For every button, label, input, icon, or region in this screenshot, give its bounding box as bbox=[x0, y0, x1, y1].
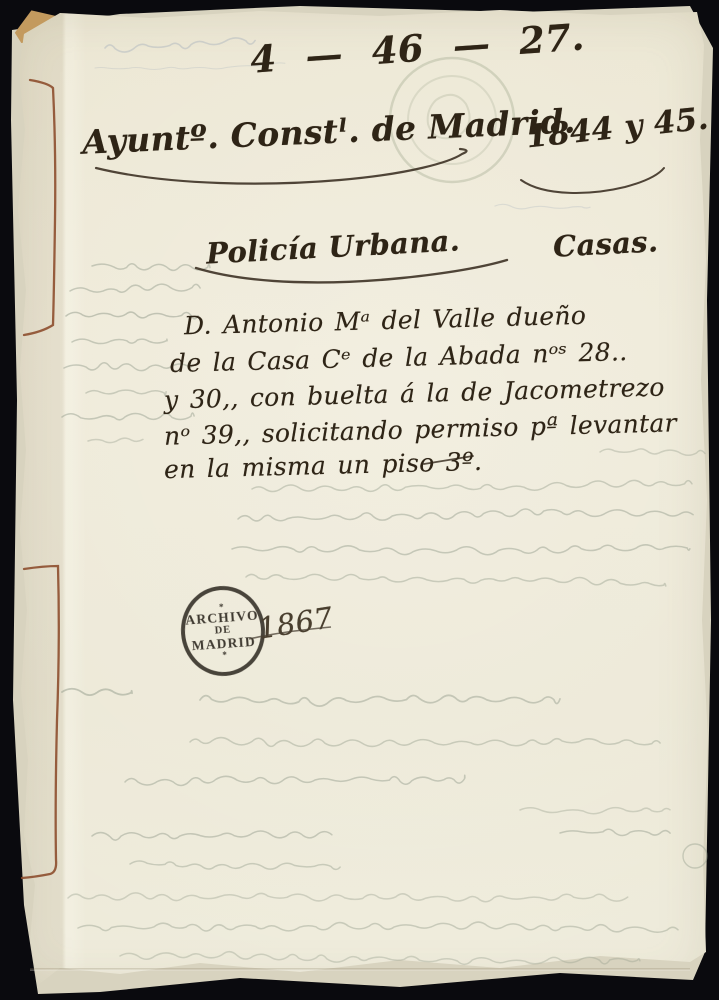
fold-crease bbox=[30, 968, 690, 971]
subject-label: Casas. bbox=[552, 224, 659, 263]
stamp-star-icon: * bbox=[222, 650, 227, 658]
manuscript-page: 4 — 46 — 27. Ayuntº. Constˡ. de Madrid. … bbox=[0, 0, 719, 1000]
